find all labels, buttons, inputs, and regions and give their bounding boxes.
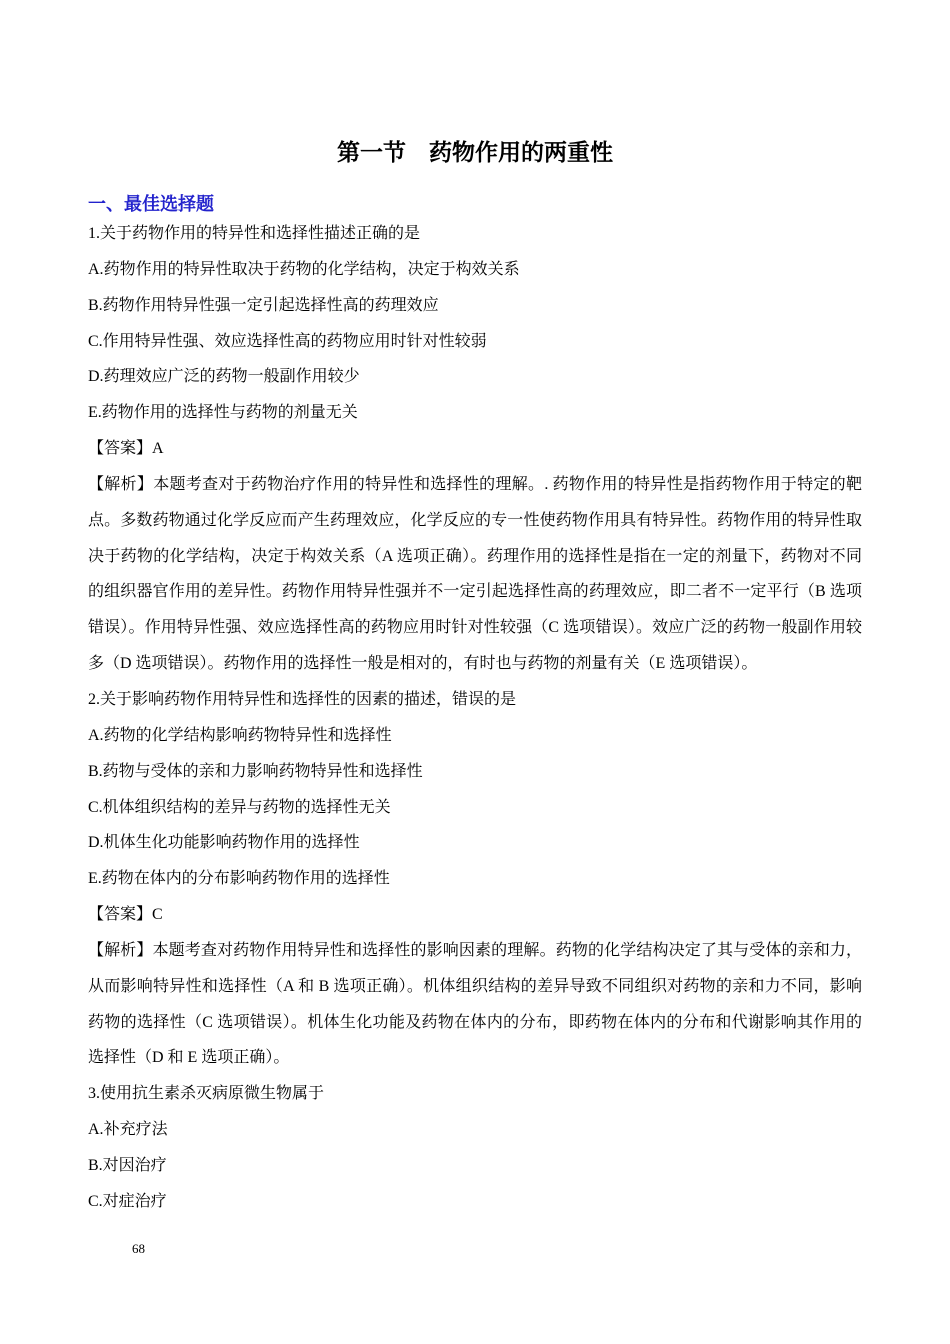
- question-1: 1.关于药物作用的特异性和选择性描述正确的是 A.药物作用的特异性取决于药物的化…: [88, 216, 862, 682]
- answer-value: C: [152, 906, 163, 923]
- question-3: 3.使用抗生素杀灭病原微生物属于 A.补充疗法 B.对因治疗 C.对症治疗: [88, 1076, 862, 1219]
- option-label: A.: [88, 1121, 104, 1138]
- option-text: 药物在体内的分布影响药物作用的选择性: [102, 870, 390, 887]
- option-text: 药物的化学结构影响药物特异性和选择性: [104, 727, 392, 744]
- option-label: B.: [88, 1157, 103, 1174]
- option-label: D.: [88, 368, 104, 385]
- question-stem-text: 关于影响药物作用特异性和选择性的因素的描述，错误的是: [100, 691, 516, 708]
- option-e: E.药物在体内的分布影响药物作用的选择性: [88, 861, 862, 897]
- question-stem: 1.关于药物作用的特异性和选择性描述正确的是: [88, 216, 862, 252]
- option-e: E.药物作用的选择性与药物的剂量无关: [88, 395, 862, 431]
- question-number: 3.: [88, 1085, 100, 1102]
- option-d: D.药理效应广泛的药物一般副作用较少: [88, 359, 862, 395]
- answer-value: A: [152, 440, 164, 457]
- option-text: 药物与受体的亲和力影响药物特异性和选择性: [103, 763, 423, 780]
- option-text: 药理效应广泛的药物一般副作用较少: [104, 368, 360, 385]
- answer-label: 【答案】: [88, 440, 152, 457]
- option-text: 补充疗法: [104, 1121, 168, 1138]
- analysis: 【解析】本题考查对于药物治疗作用的特异性和选择性的理解。. 药物作用的特异性是指…: [88, 467, 862, 682]
- option-text: 药物作用的选择性与药物的剂量无关: [102, 404, 358, 421]
- answer-label: 【答案】: [88, 906, 152, 923]
- option-text: 药物作用的特异性取决于药物的化学结构，决定于构效关系: [104, 261, 520, 278]
- option-text: 对因治疗: [103, 1157, 167, 1174]
- answer-line: 【答案】A: [88, 431, 862, 467]
- option-c: C.作用特异性强、效应选择性高的药物应用时针对性较弱: [88, 324, 862, 360]
- question-stem: 3.使用抗生素杀灭病原微生物属于: [88, 1076, 862, 1112]
- question-stem-text: 使用抗生素杀灭病原微生物属于: [100, 1085, 324, 1102]
- option-text: 对症治疗: [103, 1193, 167, 1210]
- question-2: 2.关于影响药物作用特异性和选择性的因素的描述，错误的是 A.药物的化学结构影响…: [88, 682, 862, 1076]
- section-heading: 一、最佳选择题: [88, 192, 862, 216]
- option-label: A.: [88, 727, 104, 744]
- option-text: 机体组织结构的差异与药物的选择性无关: [103, 799, 391, 816]
- questions-block: 1.关于药物作用的特异性和选择性描述正确的是 A.药物作用的特异性取决于药物的化…: [88, 216, 862, 1220]
- question-number: 1.: [88, 225, 100, 242]
- option-label: A.: [88, 261, 104, 278]
- question-stem: 2.关于影响药物作用特异性和选择性的因素的描述，错误的是: [88, 682, 862, 718]
- option-b: B.对因治疗: [88, 1148, 862, 1184]
- question-stem-text: 关于药物作用的特异性和选择性描述正确的是: [100, 225, 420, 242]
- option-label: E.: [88, 404, 102, 421]
- analysis: 【解析】本题考查对药物作用特异性和选择性的影响因素的理解。药物的化学结构决定了其…: [88, 933, 862, 1076]
- option-text: 药物作用特异性强一定引起选择性高的药理效应: [103, 297, 439, 314]
- option-b: B.药物作用特异性强一定引起选择性高的药理效应: [88, 288, 862, 324]
- document-content: 第一节 药物作用的两重性 一、最佳选择题 1.关于药物作用的特异性和选择性描述正…: [88, 0, 862, 1220]
- answer-line: 【答案】C: [88, 897, 862, 933]
- option-text: 机体生化功能影响药物作用的选择性: [104, 834, 360, 851]
- analysis-label: 【解析】: [88, 476, 153, 493]
- option-label: D.: [88, 834, 104, 851]
- option-label: C.: [88, 1193, 103, 1210]
- option-label: C.: [88, 333, 103, 350]
- option-a: A.药物的化学结构影响药物特异性和选择性: [88, 718, 862, 754]
- option-c: C.对症治疗: [88, 1184, 862, 1220]
- option-b: B.药物与受体的亲和力影响药物特异性和选择性: [88, 754, 862, 790]
- option-label: C.: [88, 799, 103, 816]
- option-label: B.: [88, 297, 103, 314]
- question-number: 2.: [88, 691, 100, 708]
- option-c: C.机体组织结构的差异与药物的选择性无关: [88, 790, 862, 826]
- option-text: 作用特异性强、效应选择性高的药物应用时针对性较弱: [103, 333, 487, 350]
- analysis-text: 本题考查对于药物治疗作用的特异性和选择性的理解。. 药物作用的特异性是指药物作用…: [88, 476, 862, 672]
- option-label: B.: [88, 763, 103, 780]
- page-number: 68: [132, 1240, 145, 1258]
- document-page: 第一节 药物作用的两重性 一、最佳选择题 1.关于药物作用的特异性和选择性描述正…: [0, 0, 950, 1344]
- option-label: E.: [88, 870, 102, 887]
- option-a: A.药物作用的特异性取决于药物的化学结构，决定于构效关系: [88, 252, 862, 288]
- option-a: A.补充疗法: [88, 1112, 862, 1148]
- analysis-label: 【解析】: [88, 942, 153, 959]
- option-d: D.机体生化功能影响药物作用的选择性: [88, 825, 862, 861]
- page-title: 第一节 药物作用的两重性: [88, 0, 862, 168]
- analysis-text: 本题考查对药物作用特异性和选择性的影响因素的理解。药物的化学结构决定了其与受体的…: [88, 942, 862, 1067]
